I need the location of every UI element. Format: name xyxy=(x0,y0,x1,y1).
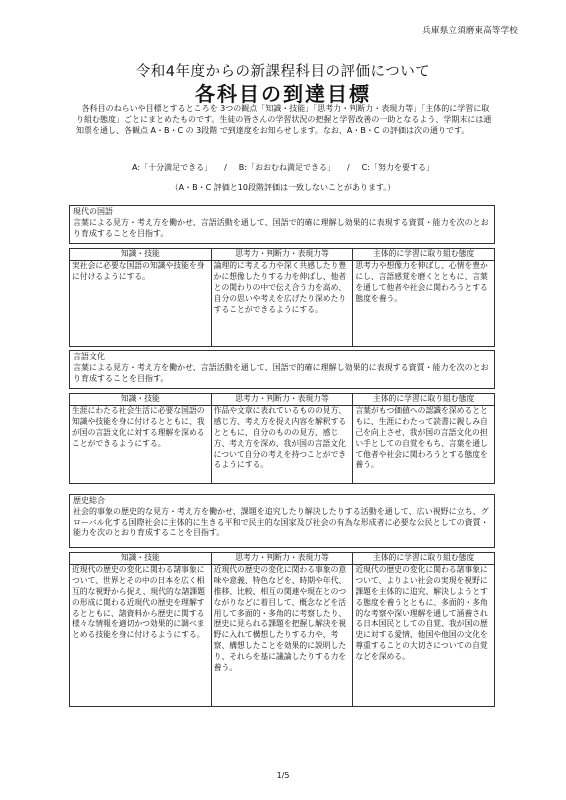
table-header-row: 知識・技能 思考力・判断力・表現力等 主体的に学習に取り組む態度 xyxy=(70,249,495,261)
table-header-row: 知識・技能 思考力・判断力・表現力等 主体的に学習に取り組む態度 xyxy=(70,394,495,406)
table-cell: 実社会に必要な国語の知識や技能を身に付けるようにする。 xyxy=(70,260,212,346)
column-header: 主体的に学習に取り組む態度 xyxy=(353,394,495,406)
subject-goal-box: 現代の国語 言葉による見方・考え方を働かせ、言語活動を通して、国語で的確に理解し… xyxy=(69,205,495,244)
table-row: 近現代の歴史の変化に関わる諸事象について、世界とその中の日本を広く相互的な視野か… xyxy=(70,564,495,706)
grade-c: C:「努力を要する」 xyxy=(362,163,434,172)
separator: / xyxy=(347,163,350,172)
subject-goal: 社会的事象の歴史的な見方・考え方を働かせ、課題を追究したり解決したりする活動を通… xyxy=(73,507,491,539)
subject-name: 歴史総合 xyxy=(73,496,491,507)
table-cell: 近現代の歴史の変化に関わる諸事象について、よりよい社会の実現を視野に課題を主体的… xyxy=(353,564,495,706)
separator: / xyxy=(224,163,227,172)
school-name: 兵庫県立須磨東高等学校 xyxy=(422,24,518,36)
column-header: 主体的に学習に取り組む態度 xyxy=(353,249,495,261)
intro-section: 各科目のねらいや目標とするところを 3つの観点「知識・技能」「思考力・判断力・表… xyxy=(76,103,496,137)
subject-goal-box: 言語文化 言葉による見方・考え方を働かせ、言語活動を通して、国語で的確に理解し効… xyxy=(69,350,495,389)
table-row: 生涯にわたる社会生活に必要な国語の知識や技能を身に付けるとともに、我が国の言語文… xyxy=(70,405,495,483)
table-cell: 生涯にわたる社会生活に必要な国語の知識や技能を身に付けるとともに、我が国の言語文… xyxy=(70,405,212,483)
table-cell: 作品や文章に表れているものの見方、感じ方、考え方を捉え内容を解釈するとともに、自… xyxy=(211,405,353,483)
goals-table: 知識・技能 思考力・判断力・表現力等 主体的に学習に取り組む態度 近現代の歴史の… xyxy=(69,552,495,707)
grade-b: B:「おおむね満足できる」 xyxy=(239,163,335,172)
column-header: 知識・技能 xyxy=(70,553,212,565)
column-header: 主体的に学習に取り組む態度 xyxy=(353,553,495,565)
subject-section: 現代の国語 言葉による見方・考え方を働かせ、言語活動を通して、国語で的確に理解し… xyxy=(69,205,495,347)
subject-name: 言語文化 xyxy=(73,352,491,363)
column-header: 思考力・判断力・表現力等 xyxy=(211,249,353,261)
column-header: 思考力・判断力・表現力等 xyxy=(211,394,353,406)
page-number: 1/5 xyxy=(0,771,566,780)
goals-table: 知識・技能 思考力・判断力・表現力等 主体的に学習に取り組む態度 生涯にわたる社… xyxy=(69,393,495,484)
column-header: 知識・技能 xyxy=(70,394,212,406)
table-cell: 論理的に考える力や深く共感したり豊かに想像したりする力を伸ばし、他者との関わりの… xyxy=(211,260,353,346)
intro-paragraph: 各科目のねらいや目標とするところを 3つの観点「知識・技能」「思考力・判断力・表… xyxy=(76,103,496,137)
column-header: 知識・技能 xyxy=(70,249,212,261)
subject-goal: 言葉による見方・考え方を働かせ、言語活動を通して、国語で的確に理解し効果的に表現… xyxy=(73,363,491,385)
grade-note: （A・B・C 評価と10段階評価は一致しないことがあります。） xyxy=(0,182,566,193)
subject-goal: 言葉による見方・考え方を働かせ、言語活動を通して、国語で的確に理解し効果的に表現… xyxy=(73,218,491,240)
subject-name: 現代の国語 xyxy=(73,207,491,218)
table-cell: 思考力や想像力を伸ばし、心情を豊かにし、言語感覚を磨くとともに、言葉を通して他者… xyxy=(353,260,495,346)
table-cell: 近現代の歴史の変化に関わる諸事象について、世界とその中の日本を広く相互的な視野か… xyxy=(70,564,212,706)
subject-section: 歴史総合 社会的事象の歴史的な見方・考え方を働かせ、課題を追究したり解決したりす… xyxy=(69,494,495,707)
grade-a: A:「十分満足できる」 xyxy=(132,163,212,172)
grade-legend: A:「十分満足できる」/B:「おおむね満足できる」/C:「努力を要する」 xyxy=(0,162,566,173)
table-cell: 言葉がもつ価値への認識を深めるとともに、生涯にわたって読書に親しみ自己を向上させ… xyxy=(353,405,495,483)
column-header: 思考力・判断力・表現力等 xyxy=(211,553,353,565)
table-cell: 近現代の歴史の変化に関わる事象の意味や意義、特色などを、時期や年代、推移、比較、… xyxy=(211,564,353,706)
table-row: 実社会に必要な国語の知識や技能を身に付けるようにする。 論理的に考える力や深く共… xyxy=(70,260,495,346)
goals-table: 知識・技能 思考力・判断力・表現力等 主体的に学習に取り組む態度 実社会に必要な… xyxy=(69,248,495,347)
subject-goal-box: 歴史総合 社会的事象の歴史的な見方・考え方を働かせ、課題を追究したり解決したりす… xyxy=(69,494,495,548)
subject-section: 言語文化 言葉による見方・考え方を働かせ、言語活動を通して、国語で的確に理解し効… xyxy=(69,350,495,484)
table-header-row: 知識・技能 思考力・判断力・表現力等 主体的に学習に取り組む態度 xyxy=(70,553,495,565)
